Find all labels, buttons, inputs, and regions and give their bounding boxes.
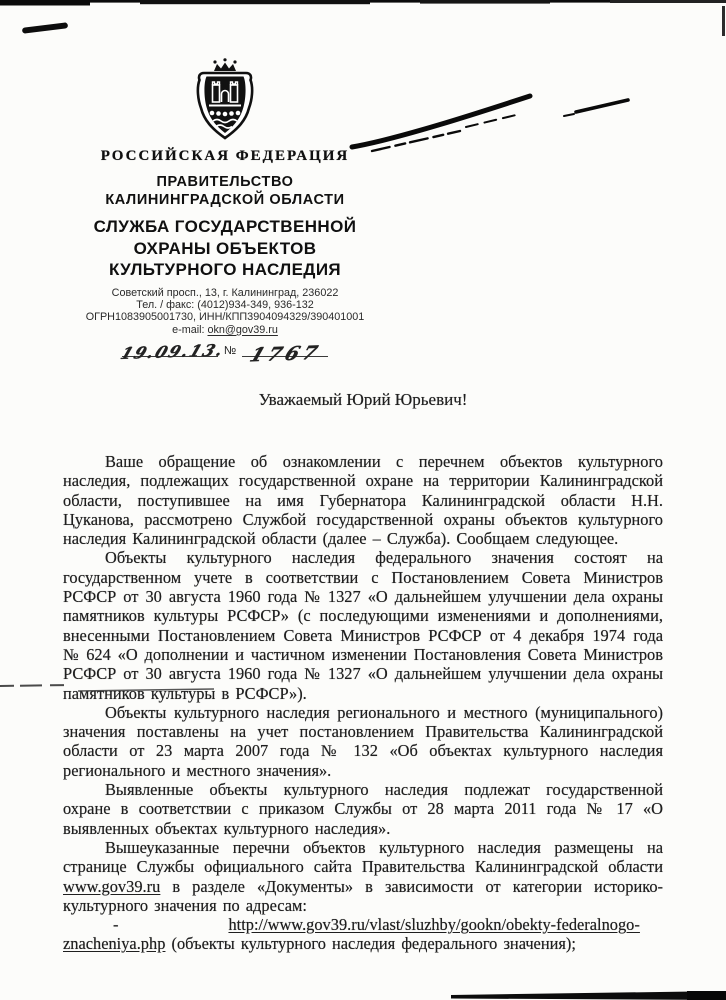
letterhead-email-line: e-mail: okn@gov39.ru: [55, 324, 395, 336]
paragraph-lists-published: Вышеуказанные перечни объектов культурно…: [63, 838, 663, 915]
number-sign: №: [224, 345, 236, 357]
letterhead-phone: Тел. / факс: (4012)934-349, 936-132: [55, 299, 395, 311]
paragraph-regional: Объекты культурного наследия регионально…: [63, 703, 663, 780]
paragraph-lists-text-before: Вышеуказанные перечни объектов культурно…: [63, 838, 663, 876]
handwritten-number: 1767: [246, 342, 324, 366]
paragraph-identified: Выявленные объекты культурного наследия …: [63, 780, 663, 838]
letterhead-service-line1: СЛУЖБА ГОСУДАРСТВЕННОЙ: [55, 216, 395, 238]
coat-of-arms-icon: [192, 58, 258, 144]
email-link[interactable]: okn@gov39.ru: [208, 324, 278, 336]
email-label: e-mail:: [172, 324, 207, 336]
letterhead-service-line2: ОХРАНЫ ОБЪЕКТОВ: [55, 238, 395, 260]
scanned-letter-page: РОССИЙСКАЯ ФЕДЕРАЦИЯ ПРАВИТЕЛЬСТВО КАЛИН…: [0, 0, 726, 1000]
letterhead-address: Советский просп., 13, г. Калининград, 23…: [55, 287, 395, 299]
site-link[interactable]: www.gov39.ru: [63, 877, 160, 896]
letterhead-government-line2: КАЛИНИНГРАДСКОЙ ОБЛАСТИ: [55, 192, 395, 210]
list-item-federal-link: -http://www.gov39.ru/vlast/sluzhby/gookn…: [63, 915, 663, 954]
letterhead-service-line3: КУЛЬТУРНОГО НАСЛЕДИЯ: [55, 259, 395, 281]
scan-artifact-right-edge: [722, 6, 725, 36]
paragraph-intro: Ваше обращение об ознакомлении с перечне…: [63, 452, 663, 548]
federal-url-link-part1[interactable]: http://www.gov39.ru/vlast/sluzhby/gookn/…: [228, 915, 639, 934]
letterhead-government-line1: ПРАВИТЕЛЬСТВО: [55, 174, 395, 192]
list-item-suffix: (объекты культурного наследия федерально…: [165, 934, 576, 953]
handwritten-date: 19.09.13.: [118, 340, 228, 363]
letterhead-reg-numbers: ОГРН1083905001730, ИНН/КПП3904094329/390…: [55, 311, 395, 323]
list-bullet: -: [113, 915, 118, 934]
reference-line: 19.09.13.№1767: [55, 340, 395, 364]
pen-dash-mark: [22, 22, 68, 34]
scan-artifact-top-edge: [0, 0, 726, 12]
salutation: Уважаемый Юрий Юрьевич!: [63, 390, 663, 410]
number-blank: 1767: [242, 340, 328, 357]
pen-scribble-icon: [338, 83, 634, 161]
margin-pen-marks: [0, 676, 230, 698]
letter-body: Ваше обращение об ознакомлении с перечне…: [63, 452, 663, 954]
scan-artifact-bottom-bar: [451, 991, 726, 1000]
date-blank: 19.09.13.: [122, 340, 218, 357]
federal-url-link-part2[interactable]: znacheniya.php: [63, 934, 165, 953]
